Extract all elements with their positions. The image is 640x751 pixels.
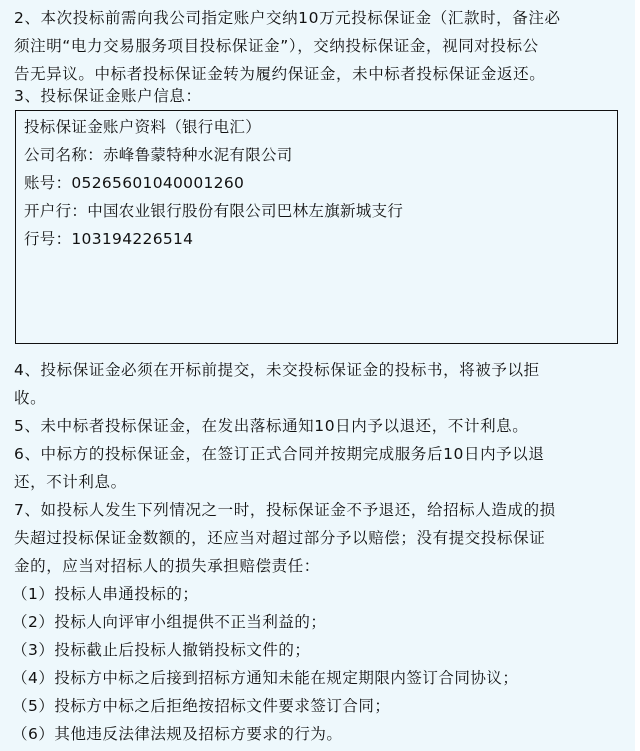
clause-7-item-6: （6）其他违反法律法规及招标方要求的行为。 bbox=[12, 720, 342, 748]
clause-7-item-4: （4）投标方中标之后接到招标方通知未能在规定期限内签订合同协议； bbox=[12, 664, 518, 692]
clause-2-line-1: 2、本次投标前需向我公司指定账户交纳10万元投标保证金（汇款时，备注必 bbox=[14, 4, 622, 32]
clause-7-item-3: （3）投标截止后投标人撤销投标文件的； bbox=[12, 636, 310, 664]
account-info-box: 投标保证金账户资料（银行电汇） 公司名称：赤峰鲁蒙特种水泥有限公司 账号：052… bbox=[15, 110, 618, 344]
document-page: 2、本次投标前需向我公司指定账户交纳10万元投标保证金（汇款时，备注必 须注明“… bbox=[0, 0, 635, 751]
clause-7-item-2: （2）投标人向评审小组提供不正当利益的； bbox=[12, 608, 326, 636]
account-box-title: 投标保证金账户资料（银行电汇） bbox=[24, 113, 261, 141]
clause-7-line-1: 7、如投标人发生下列情况之一时，投标保证金不予退还，给招标人造成的损 bbox=[14, 496, 622, 524]
clause-4-line-1: 4、投标保证金必须在开标前提交，未交投标保证金的投标书，将被予以拒 bbox=[14, 356, 622, 384]
clause-4-line-2: 收。 bbox=[14, 384, 622, 412]
bank-code: 行号：103194226514 bbox=[24, 225, 193, 253]
clause-2-line-2: 须注明“电力交易服务项目投标保证金”），交纳投标保证金，视同对投标公 bbox=[14, 32, 622, 60]
clause-7-line-3: 金的，应当对招标人的损失承担赔偿责任： bbox=[14, 552, 622, 580]
clause-3-heading: 3、投标保证金账户信息： bbox=[14, 82, 622, 110]
clause-7-item-5: （5）投标方中标之后拒绝按招标文件要求签订合同； bbox=[12, 692, 390, 720]
company-name: 公司名称：赤峰鲁蒙特种水泥有限公司 bbox=[24, 141, 293, 169]
clause-7-item-1: （1）投标人串通投标的； bbox=[12, 580, 198, 608]
clause-7-line-2: 失超过投标保证金数额的，还应当对超过部分予以赔偿；没有提交投标保证 bbox=[14, 524, 622, 552]
bank-name: 开户行：中国农业银行股份有限公司巴林左旗新城支行 bbox=[24, 197, 403, 225]
account-number: 账号：05265601040001260 bbox=[24, 169, 244, 197]
clause-5-line-1: 5、未中标者投标保证金，在发出落标通知10日内予以退还，不计利息。 bbox=[14, 412, 622, 440]
clause-6-line-1: 6、中标方的投标保证金，在签订正式合同并按期完成服务后10日内予以退 bbox=[14, 440, 622, 468]
clause-6-line-2: 还，不计利息。 bbox=[14, 468, 622, 496]
